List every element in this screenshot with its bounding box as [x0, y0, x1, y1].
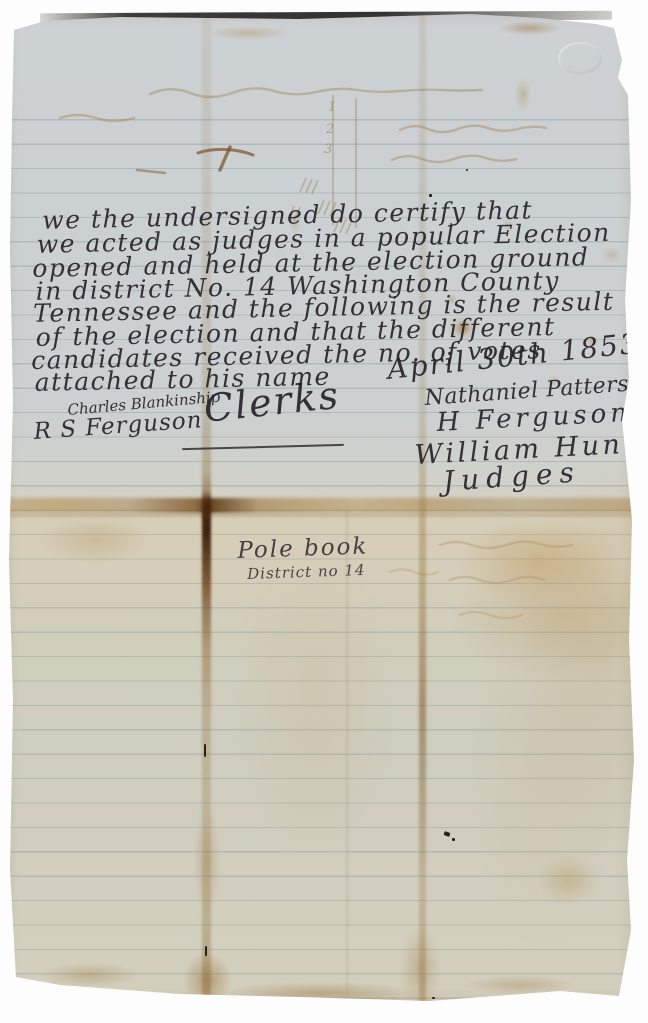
ink-speck	[466, 169, 468, 171]
cover-title: Pole book	[237, 535, 369, 563]
ink-speck	[204, 744, 206, 757]
cover-district: District no 14	[247, 563, 366, 582]
bleed-number-2: 2	[326, 122, 334, 137]
bleed-number-3: 3	[324, 142, 332, 157]
ink-speck	[432, 997, 435, 999]
ink-speck	[205, 946, 207, 956]
horizontal-fold-shadow	[0, 514, 648, 517]
ink-speck	[452, 838, 455, 841]
scanned-document: 1 2 3 we the undersigned do certify that…	[0, 0, 648, 1023]
fold-intersection-stain	[199, 495, 214, 540]
horizontal-fold-crease	[0, 498, 648, 513]
bleed-number-1: 1	[328, 100, 336, 115]
vertical-fold-crease-center	[346, 505, 348, 1003]
paper-sheet: 1 2 3 we the undersigned do certify that…	[0, 0, 648, 1023]
embossed-seal	[558, 42, 602, 74]
